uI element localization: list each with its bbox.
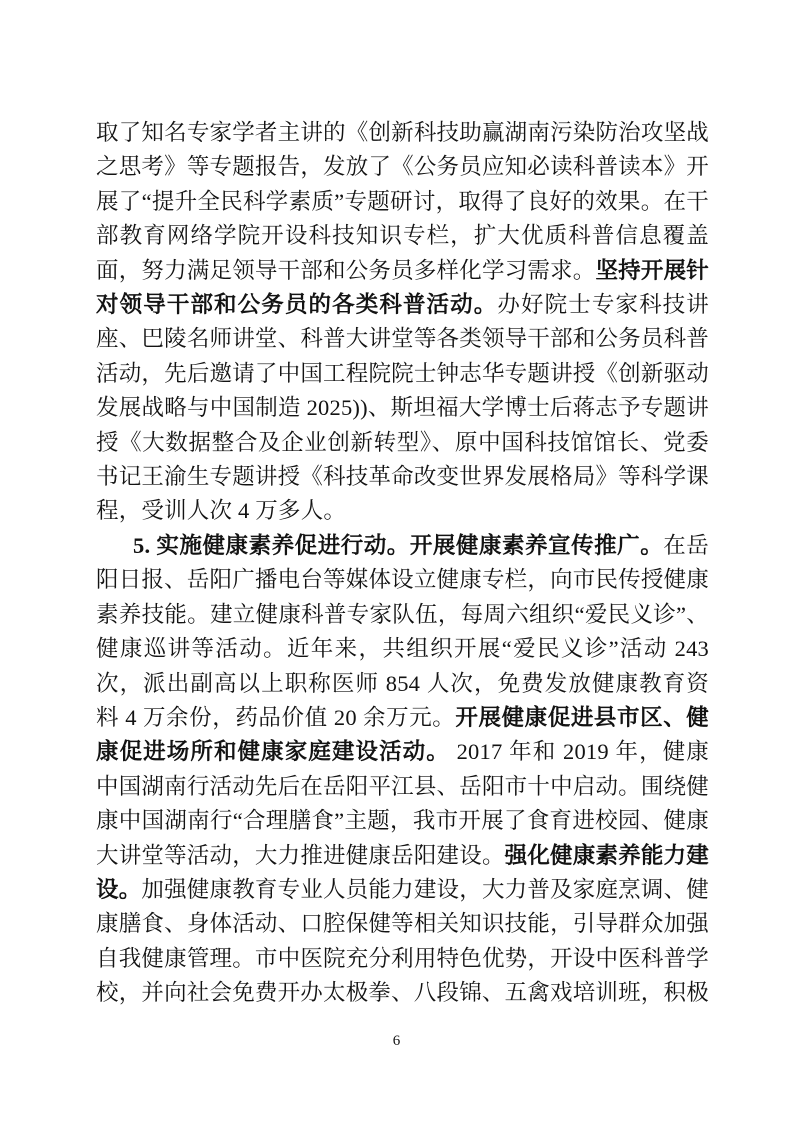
paragraph-1: 取了知名专家学者主讲的《创新科技助赢湖南污染防治攻坚战之思考》等专题报告，发放了… [96,116,709,529]
text-run: 加强健康教育专业人员能力建设，大力普及家庭烹调、健康膳食、身体活动、口腔保健等相… [96,877,709,1005]
text-run: 办好院士专家科技讲座、巴陵名师讲堂、科普大讲堂等各类领导干部和公务员科普活动，先… [96,292,709,523]
page-footer: 6 [0,1032,793,1050]
document-body: 取了知名专家学者主讲的《创新科技助赢湖南污染防治攻坚战之思考》等专题报告，发放了… [96,116,709,1011]
document-page: 取了知名专家学者主讲的《创新科技助赢湖南污染防治攻坚战之思考》等专题报告，发放了… [0,0,793,1122]
text-run: 在岳阳日报、岳阳广播电台等媒体设立健康专栏，向市民传授健康素养技能。建立健康科普… [96,533,709,730]
page-number: 6 [393,1033,401,1049]
paragraph-2: 5. 实施健康素养促进行动。开展健康素养宣传推广。在岳阳日报、岳阳广播电台等媒体… [96,529,709,1011]
text-run-bold: 5. 实施健康素养促进行动。开展健康素养宣传推广。 [133,533,663,558]
